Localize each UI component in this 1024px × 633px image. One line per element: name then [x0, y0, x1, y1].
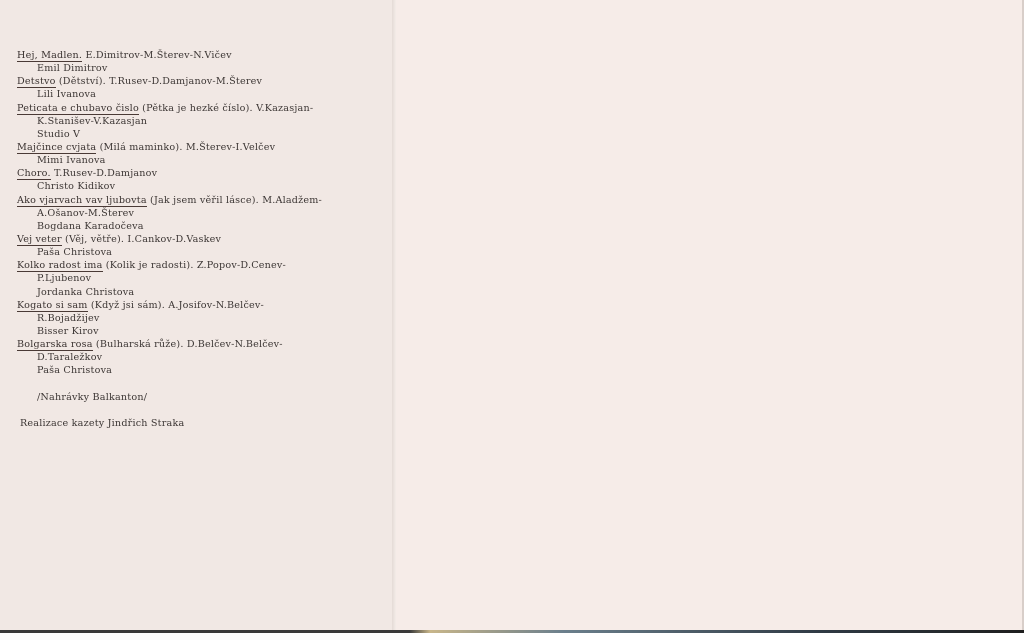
track-performer: Christo Kidikov: [17, 180, 322, 193]
track-translation: (Když jsi sám).: [91, 300, 165, 311]
track-header-line: Detstvo (Dětství). T.Rusev-D.Damjanov-M.…: [17, 75, 322, 88]
track-composers-continued: K.Stanišev-V.Kazasjan: [17, 115, 322, 128]
track-translation: (Dětství).: [59, 76, 106, 87]
track-header-line: Choro. T.Rusev-D.Damjanov: [17, 167, 322, 180]
track-entry: Kolko radost ima (Kolik je radosti). Z.P…: [17, 259, 322, 298]
track-translation: (Pětka je hezké číslo).: [142, 103, 253, 114]
track-header-line: Hej, Madlen. E.Dimitrov-M.Šterev-N.Vičev: [17, 49, 322, 62]
track-header-line: Kolko radost ima (Kolik je radosti). Z.P…: [17, 259, 322, 272]
track-composers: I.Cankov-D.Vaskev: [127, 234, 221, 245]
right-page-blank: [396, 0, 1022, 633]
track-performer: Paša Christova: [17, 364, 322, 377]
track-header-line: Majčince cvjata (Milá maminko). M.Šterev…: [17, 141, 322, 154]
track-performer: Lili Ivanova: [17, 88, 322, 101]
track-entry: Hej, Madlen. E.Dimitrov-M.Šterev-N.Vičev…: [17, 49, 322, 75]
track-entry: Choro. T.Rusev-D.Damjanov Christo Kidiko…: [17, 167, 322, 193]
track-composers: V.Kazasjan-: [256, 103, 313, 114]
track-title: Detstvo: [17, 76, 56, 88]
track-header-line: Vej veter (Věj, větře). I.Cankov-D.Vaske…: [17, 233, 322, 246]
track-entry: Detstvo (Dětství). T.Rusev-D.Damjanov-M.…: [17, 75, 322, 101]
track-title: Kolko radost ima: [17, 260, 103, 272]
track-translation: (Milá maminko).: [100, 142, 183, 153]
track-composers: T.Rusev-D.Damjanov: [54, 168, 157, 179]
track-translation: (Jak jsem věřil lásce).: [150, 195, 259, 206]
spacer: [17, 404, 322, 417]
track-header-line: Peticata e chubavo čislo (Pětka je hezké…: [17, 102, 322, 115]
track-composers: T.Rusev-D.Damjanov-M.Šterev: [109, 76, 262, 87]
track-title: Hej, Madlen.: [17, 50, 82, 62]
recordings-note: /Nahrávky Balkanton/: [17, 391, 322, 404]
track-composers-continued: D.Taraležkov: [17, 351, 322, 364]
track-title: Bolgarska rosa: [17, 339, 93, 351]
track-translation: (Věj, větře).: [65, 234, 124, 245]
realization-note: Realizace kazety Jindřich Straka: [17, 417, 322, 430]
track-title: Choro.: [17, 168, 51, 180]
track-composers: M.Aladžem-: [262, 195, 322, 206]
track-composers: E.Dimitrov-M.Šterev-N.Vičev: [85, 50, 231, 61]
track-header-line: Ako vjarvach vav ljubovta (Jak jsem věři…: [17, 194, 322, 207]
track-composers-continued: R.Bojadžijev: [17, 312, 322, 325]
track-title: Ako vjarvach vav ljubovta: [17, 195, 147, 207]
track-composers: M.Šterev-I.Velčev: [186, 142, 275, 153]
track-performer: Paša Christova: [17, 246, 322, 259]
track-header-line: Kogato si sam (Když jsi sám). A.Josifov-…: [17, 299, 322, 312]
track-entry: Kogato si sam (Když jsi sám). A.Josifov-…: [17, 299, 322, 338]
track-entry: Bolgarska rosa (Bulharská růže). D.Belče…: [17, 338, 322, 377]
spacer: [17, 378, 322, 391]
track-entry: Ako vjarvach vav ljubovta (Jak jsem věři…: [17, 194, 322, 233]
track-performer: Bisser Kirov: [17, 325, 322, 338]
track-performer: Emil Dimitrov: [17, 62, 322, 75]
track-composers: D.Belčev-N.Belčev-: [187, 339, 283, 350]
track-performer: Jordanka Christova: [17, 286, 322, 299]
track-header-line: Bolgarska rosa (Bulharská růže). D.Belče…: [17, 338, 322, 351]
track-composers-continued: A.Ošanov-M.Šterev: [17, 207, 322, 220]
track-composers: Z.Popov-D.Cenev-: [197, 260, 286, 271]
track-entry: Majčince cvjata (Milá maminko). M.Šterev…: [17, 141, 322, 167]
track-translation: (Kolik je radosti).: [106, 260, 194, 271]
track-title: Kogato si sam: [17, 300, 88, 312]
track-performer: Studio V: [17, 128, 322, 141]
track-composers-continued: P.Ljubenov: [17, 272, 322, 285]
track-list: Hej, Madlen. E.Dimitrov-M.Šterev-N.Vičev…: [17, 49, 322, 430]
track-composers: A.Josifov-N.Belčev-: [168, 300, 264, 311]
track-title: Majčince cvjata: [17, 142, 96, 154]
track-translation: (Bulharská růže).: [96, 339, 184, 350]
track-entry: Peticata e chubavo čislo (Pětka je hezké…: [17, 102, 322, 141]
track-title: Peticata e chubavo čislo: [17, 103, 139, 115]
track-entry: Vej veter (Věj, větře). I.Cankov-D.Vaske…: [17, 233, 322, 259]
track-title: Vej veter: [17, 234, 62, 246]
track-performer: Bogdana Karadočeva: [17, 220, 322, 233]
track-performer: Mimi Ivanova: [17, 154, 322, 167]
